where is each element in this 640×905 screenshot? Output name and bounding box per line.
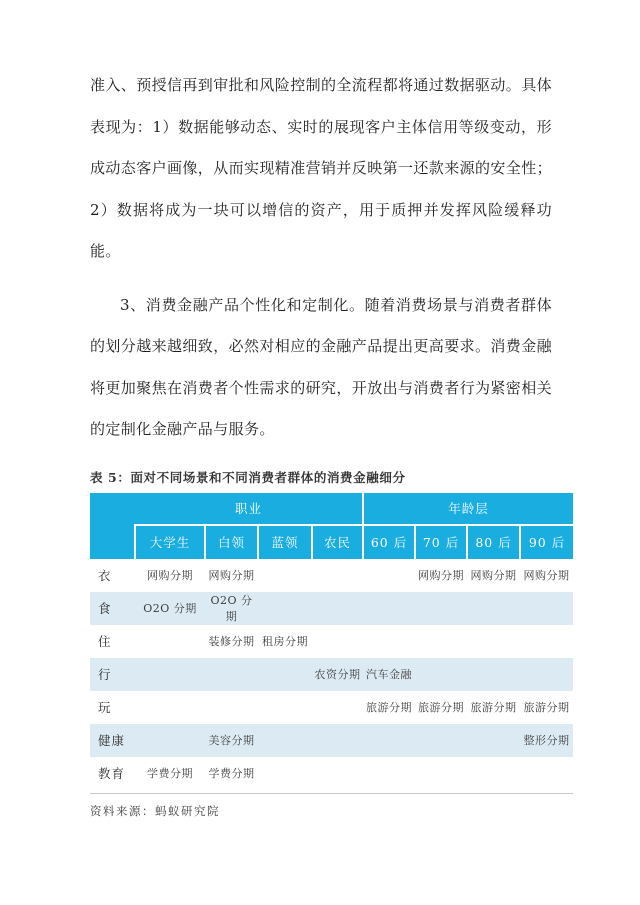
table-cell — [415, 724, 467, 757]
table-cell: 网购分期 — [467, 559, 520, 592]
column-header-row: 大学生 白领 蓝领 农民 60 后 70 后 80 后 90 后 — [90, 525, 573, 559]
table-cell: O2O 分期 — [135, 592, 205, 625]
table-cell: 网购分期 — [415, 559, 467, 592]
col-header-60s: 60 后 — [363, 525, 415, 559]
table-cell — [205, 691, 258, 724]
row-label: 健康 — [90, 724, 135, 757]
table-cell — [312, 559, 363, 592]
col-header-farmer: 农民 — [312, 525, 363, 559]
table-cell: 旅游分期 — [467, 691, 520, 724]
table-cell: O2O 分期 — [205, 592, 258, 625]
table-cell — [258, 724, 312, 757]
table-cell — [258, 691, 312, 724]
consumer-finance-segment-table: 职业 年龄层 大学生 白领 蓝领 农民 60 后 70 后 80 后 90 后 … — [90, 493, 573, 790]
group-header-age: 年龄层 — [363, 493, 573, 525]
table-cell — [363, 559, 415, 592]
table-cell: 美容分期 — [205, 724, 258, 757]
table-cell — [258, 757, 312, 790]
table-cell: 农资分期 — [312, 658, 363, 691]
table-cell — [520, 658, 573, 691]
table-cell — [415, 757, 467, 790]
table-cell: 学费分期 — [205, 757, 258, 790]
table-cell: 旅游分期 — [363, 691, 415, 724]
table-row-transport: 行 农资分期 汽车金融 — [90, 658, 573, 691]
row-label: 行 — [90, 658, 135, 691]
table-cell — [312, 625, 363, 658]
table-cell — [312, 691, 363, 724]
table-cell: 装修分期 — [205, 625, 258, 658]
row-label: 教育 — [90, 757, 135, 790]
table-cell — [312, 592, 363, 625]
source-note: 资料来源：蚂蚁研究院 — [90, 793, 573, 819]
table-cell — [415, 658, 467, 691]
table-cell — [415, 592, 467, 625]
document-page: 准入、预授信再到审批和风险控制的全流程都将通过数据驱动。具体表现为：1）数据能够… — [0, 0, 640, 905]
table-cell — [415, 625, 467, 658]
row-label: 食 — [90, 592, 135, 625]
table-cell: 网购分期 — [520, 559, 573, 592]
table-cell — [520, 757, 573, 790]
group-header-occupation: 职业 — [135, 493, 363, 525]
table-cell: 网购分期 — [135, 559, 205, 592]
table-cell — [520, 625, 573, 658]
table-cell: 网购分期 — [205, 559, 258, 592]
table-row-food: 食 O2O 分期 O2O 分期 — [90, 592, 573, 625]
col-header-blue-collar: 蓝领 — [258, 525, 312, 559]
table-cell — [312, 724, 363, 757]
table-cell — [467, 757, 520, 790]
table-title: 表 5：面对不同场景和不同消费者群体的消费金融细分 — [90, 468, 573, 486]
table-cell — [363, 592, 415, 625]
row-label: 玩 — [90, 691, 135, 724]
table-cell: 租房分期 — [258, 625, 312, 658]
table-cell: 整形分期 — [520, 724, 573, 757]
table-cell — [135, 625, 205, 658]
col-header-80s: 80 后 — [467, 525, 520, 559]
table-cell: 汽车金融 — [363, 658, 415, 691]
table-cell — [135, 658, 205, 691]
table-cell — [520, 592, 573, 625]
col-header-90s: 90 后 — [520, 525, 573, 559]
paragraph-personalization: 3、消费金融产品个性化和定制化。随着消费场景与消费者群体的划分越来越细致，必然对… — [90, 285, 552, 451]
table-row-clothing: 衣 网购分期 网购分期 网购分期 网购分期 网购分期 — [90, 559, 573, 592]
paragraph-data-driven: 准入、预授信再到审批和风险控制的全流程都将通过数据驱动。具体表现为：1）数据能够… — [90, 65, 552, 273]
table-row-housing: 住 装修分期 租房分期 — [90, 625, 573, 658]
table-cell — [467, 625, 520, 658]
col-header-70s: 70 后 — [415, 525, 467, 559]
table-cell — [467, 592, 520, 625]
table-cell — [258, 559, 312, 592]
table-cell — [363, 757, 415, 790]
row-label: 住 — [90, 625, 135, 658]
col-header-white-collar: 白领 — [205, 525, 258, 559]
row-label: 衣 — [90, 559, 135, 592]
table-row-education: 教育 学费分期 学费分期 — [90, 757, 573, 790]
table-row-play: 玩 旅游分期 旅游分期 旅游分期 旅游分期 — [90, 691, 573, 724]
corner-cell — [90, 493, 135, 559]
table-cell: 旅游分期 — [415, 691, 467, 724]
table-cell: 旅游分期 — [520, 691, 573, 724]
table-cell — [312, 757, 363, 790]
table-cell — [135, 691, 205, 724]
table-row-health: 健康 美容分期 整形分期 — [90, 724, 573, 757]
table-cell — [205, 658, 258, 691]
table-cell — [363, 724, 415, 757]
table-cell: 学费分期 — [135, 757, 205, 790]
table-cell — [258, 592, 312, 625]
table-cell — [363, 625, 415, 658]
col-header-student: 大学生 — [135, 525, 205, 559]
table-cell — [135, 724, 205, 757]
table-cell — [258, 658, 312, 691]
table-cell — [467, 658, 520, 691]
group-header-row: 职业 年龄层 — [90, 493, 573, 525]
table-cell — [467, 724, 520, 757]
